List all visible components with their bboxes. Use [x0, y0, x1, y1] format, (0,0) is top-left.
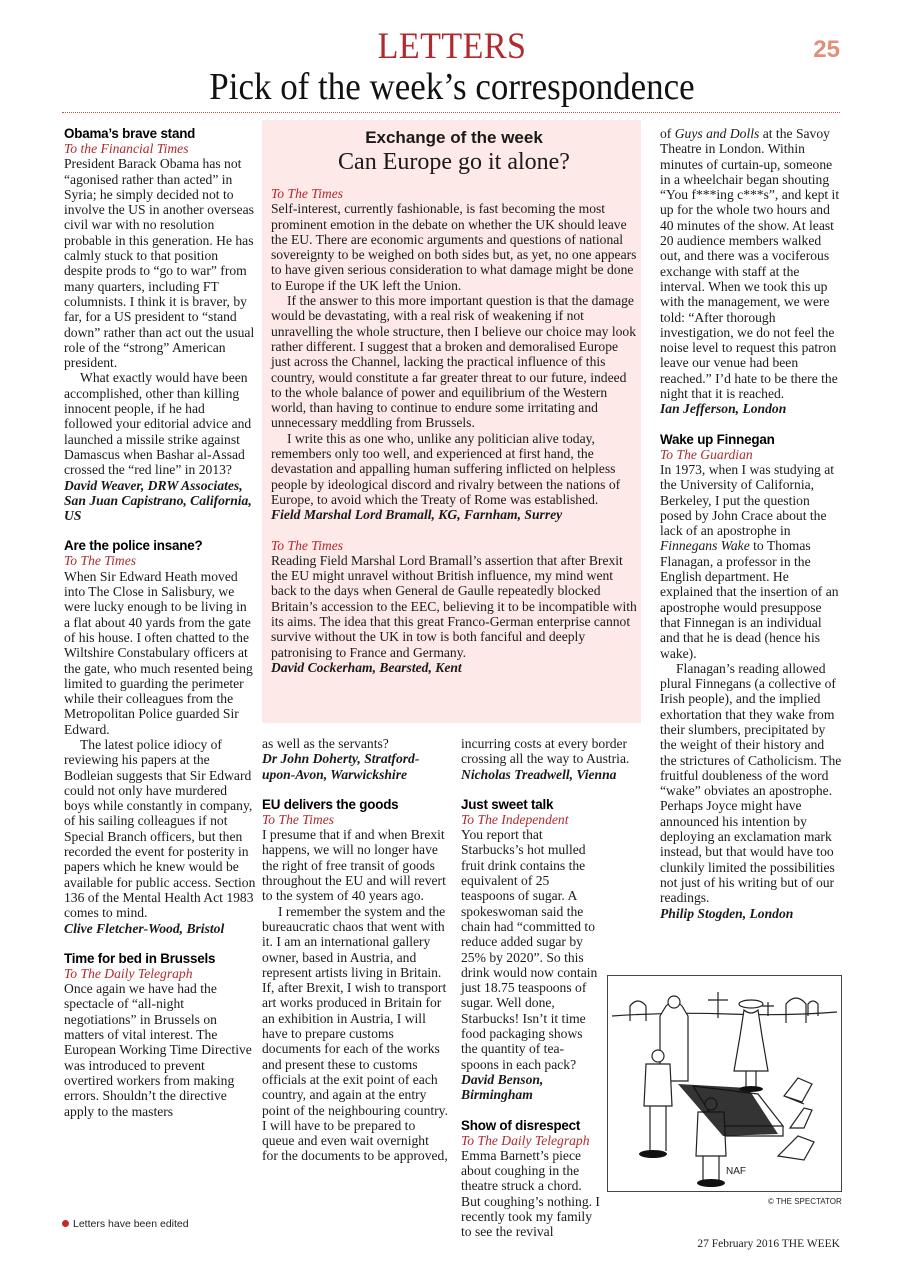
letter-body: I remember the system and the bureaucrat… [262, 904, 448, 1164]
masthead: LETTERS Pick of the week’s correspondenc… [0, 28, 904, 106]
letter-headline: Are the police insane? [64, 538, 256, 553]
letter-headline: Time for bed in Brussels [64, 951, 256, 966]
letter-body: as well as the servants? [262, 736, 448, 751]
issue-folio: 27 February 2016 THE WEEK [697, 1238, 840, 1250]
section-title: LETTERS [36, 28, 868, 66]
letter-signature: Dr John Doherty, Stratford-upon-Avon, Wa… [262, 751, 448, 782]
letter-source: To The Times [271, 538, 637, 553]
header-divider [62, 112, 840, 113]
exchange-kicker: Exchange of the week [271, 128, 637, 148]
letter-source: To The Guardian [660, 447, 842, 462]
letter-source: To The Times [64, 553, 256, 568]
letter-body: of Guys and Dolls at the Savoy Theatre i… [660, 126, 842, 401]
column-2: as well as the servants? Dr John Doherty… [262, 736, 448, 1164]
book-title: Finnegans Wake [660, 538, 750, 553]
letter-body: President Barack Obama has not “agonised… [64, 156, 256, 370]
page-number: 25 [813, 36, 840, 64]
letter-body: In 1973, when I was studying at the Univ… [660, 462, 842, 661]
letter-headline: Obama’s brave stand [64, 126, 256, 141]
svg-text:NAF: NAF [726, 1166, 746, 1177]
page-subtitle: Pick of the week’s correspondence [36, 68, 868, 106]
letter-headline: Just sweet talk [461, 797, 645, 812]
letter-source: To The Times [262, 812, 448, 827]
letter-body: I presume that if and when Brexit happen… [262, 827, 448, 903]
letter-signature: Philip Stogden, London [660, 906, 842, 921]
letter-body: What exactly would have been accomplishe… [64, 370, 256, 477]
letter-source: To The Independent [461, 812, 645, 827]
letter-signature: David Benson, Birmingham [461, 1072, 601, 1103]
letter-signature: Ian Jefferson, London [660, 401, 842, 416]
bullet-icon [62, 1220, 69, 1227]
letter-body: incurring costs at every border crossing… [461, 736, 645, 767]
letter-body: When Sir Edward Heath moved into The Clo… [64, 569, 256, 737]
letter-body: You report that Starbucks’s hot mulled f… [461, 827, 601, 1072]
letter-body: Emma Barnett’s piece about coughing in t… [461, 1148, 601, 1240]
editorial-note: Letters have been edited [62, 1218, 189, 1230]
letter-body: I write this as one who, unlike any poli… [271, 431, 637, 507]
letter-signature: Nicholas Treadwell, Vienna [461, 767, 645, 782]
letter-source: To The Times [271, 186, 637, 201]
letter-headline: Show of disrespect [461, 1118, 601, 1133]
cartoon-credit: © THE SPECTATOR [768, 1197, 842, 1206]
letter-body: Self-interest, currently fashionable, is… [271, 201, 637, 293]
letter-source: To the Financial Times [64, 141, 256, 156]
letter-signature: Clive Fletcher-Wood, Bristol [64, 921, 256, 936]
exchange-of-the-week-box: Exchange of the week Can Europe go it al… [262, 120, 641, 723]
cartoon-image: NAF [607, 975, 842, 1192]
letter-signature: Field Marshal Lord Bramall, KG, Farnham,… [271, 507, 637, 522]
exchange-title: Can Europe go it alone? [271, 148, 637, 176]
show-title: Guys and Dolls [675, 126, 760, 141]
column-1: Obama’s brave stand To the Financial Tim… [64, 126, 256, 1119]
column-4: of Guys and Dolls at the Savoy Theatre i… [660, 126, 842, 921]
letter-signature: David Cockerham, Bearsted, Kent [271, 660, 637, 675]
letter-headline: EU delivers the goods [262, 797, 448, 812]
letter-body: The latest police idiocy of reviewing hi… [64, 737, 256, 921]
letter-body: Once again we have had the spectacle of … [64, 981, 256, 1119]
letter-body: Flanagan’s reading allowed plural Finneg… [660, 661, 842, 906]
letter-headline: Wake up Finnegan [660, 432, 842, 447]
graveyard-cartoon-icon: NAF [608, 976, 841, 1191]
letter-source: To The Daily Telegraph [64, 966, 256, 981]
letter-body: Reading Field Marshal Lord Bramall’s ass… [271, 553, 637, 660]
letter-signature: David Weaver, DRW Associates, San Juan C… [64, 478, 256, 524]
letter-body: If the answer to this more important que… [271, 293, 637, 431]
